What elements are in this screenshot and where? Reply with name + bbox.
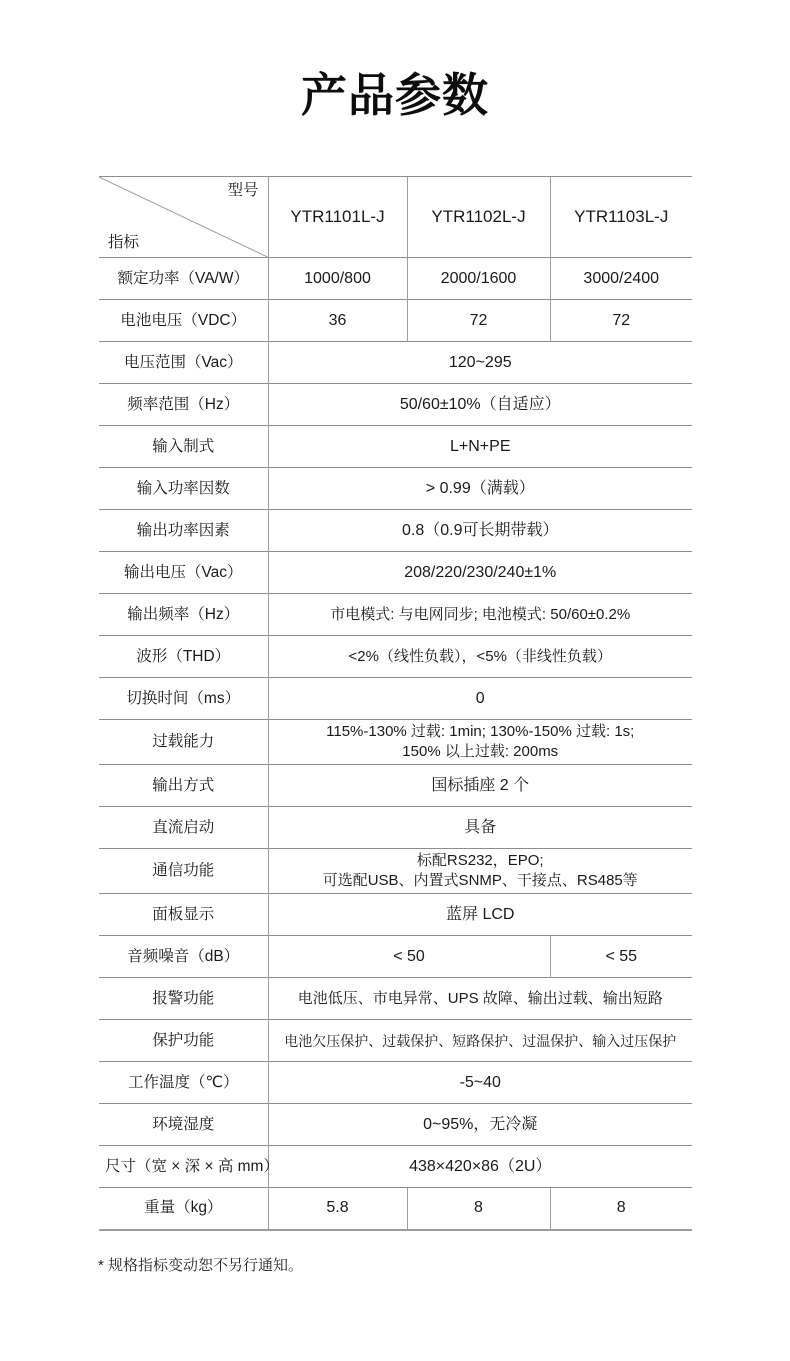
- corner-model-label: 型号: [227, 182, 258, 200]
- table-row: 尺寸（宽 × 深 × 高 mm） 438×420×86（2U）: [99, 1146, 692, 1188]
- table-row: 切换时间（ms） 0: [99, 678, 692, 720]
- table-row: 输出电压（Vac） 208/220/230/240±1%: [99, 552, 692, 594]
- table-row: 输出方式 国标插座 2 个: [99, 765, 692, 807]
- footnote: * 规格指标变动恕不另行通知。: [98, 1254, 790, 1275]
- table-row: 输出频率（Hz） 市电模式: 与电网同步; 电池模式: 50/60±0.2%: [99, 594, 692, 636]
- table-row: 报警功能 电池低压、市电异常、UPS 故障、输出过载、输出短路: [99, 978, 692, 1020]
- table-row: 直流启动 具备: [99, 807, 692, 849]
- cell-value: 1000/800: [268, 258, 407, 300]
- row-label: 额定功率（VA/W）: [99, 258, 268, 300]
- table-row: 通信功能 标配RS232，EPO; 可选配USB、内置式SNMP、干接点、RS4…: [99, 849, 692, 894]
- cell-value: > 0.99（满载）: [268, 468, 692, 510]
- row-label: 报警功能: [99, 978, 268, 1020]
- cell-value: 115%-130% 过载: 1min; 130%-150% 过载: 1s; 15…: [268, 720, 692, 765]
- row-label: 通信功能: [99, 849, 268, 894]
- row-label: 尺寸（宽 × 深 × 高 mm）: [99, 1146, 268, 1188]
- row-label: 面板显示: [99, 894, 268, 936]
- row-label: 输出频率（Hz）: [99, 594, 268, 636]
- spec-table: 型号 指标 YTR1101L-J YTR1102L-J YTR1103L-J 额…: [99, 176, 692, 1231]
- cell-value: 5.8: [268, 1188, 407, 1230]
- cell-value: 蓝屏 LCD: [268, 894, 692, 936]
- cell-value: 标配RS232，EPO; 可选配USB、内置式SNMP、干接点、RS485等: [268, 849, 692, 894]
- row-label: 输出功率因素: [99, 510, 268, 552]
- cell-value: 72: [550, 300, 692, 342]
- table-header-row: 型号 指标 YTR1101L-J YTR1102L-J YTR1103L-J: [99, 177, 692, 258]
- table-row: 额定功率（VA/W） 1000/800 2000/1600 3000/2400: [99, 258, 692, 300]
- table-row: 重量（kg） 5.8 8 8: [99, 1188, 692, 1230]
- cell-value: 8: [407, 1188, 550, 1230]
- table-row: 环境湿度 0~95%，无冷凝: [99, 1104, 692, 1146]
- row-label: 输入制式: [99, 426, 268, 468]
- cell-value: 3000/2400: [550, 258, 692, 300]
- cell-value: 0~95%，无冷凝: [268, 1104, 692, 1146]
- row-label: 频率范围（Hz）: [99, 384, 268, 426]
- model-header: YTR1103L-J: [550, 177, 692, 258]
- cell-value: 具备: [268, 807, 692, 849]
- table-row: 电池电压（VDC） 36 72 72: [99, 300, 692, 342]
- cell-value: 国标插座 2 个: [268, 765, 692, 807]
- cell-value: 市电模式: 与电网同步; 电池模式: 50/60±0.2%: [268, 594, 692, 636]
- row-label: 重量（kg）: [99, 1188, 268, 1230]
- row-label: 输入功率因数: [99, 468, 268, 510]
- table-row: 工作温度（℃） -5~40: [99, 1062, 692, 1104]
- row-label: 工作温度（℃）: [99, 1062, 268, 1104]
- row-label: 直流启动: [99, 807, 268, 849]
- page-title: 产品参数: [0, 0, 790, 122]
- table-row: 输入制式 L+N+PE: [99, 426, 692, 468]
- cell-value: 0.8（0.9可长期带载）: [268, 510, 692, 552]
- cell-value: 72: [407, 300, 550, 342]
- model-header: YTR1101L-J: [268, 177, 407, 258]
- table-row: 保护功能 电池欠压保护、过载保护、短路保护、过温保护、输入过压保护: [99, 1020, 692, 1062]
- row-label: 环境湿度: [99, 1104, 268, 1146]
- corner-indicator-label: 指标: [108, 234, 139, 252]
- row-label: 切换时间（ms）: [99, 678, 268, 720]
- row-label: 过载能力: [99, 720, 268, 765]
- table-row: 输出功率因素 0.8（0.9可长期带载）: [99, 510, 692, 552]
- row-label: 输出方式: [99, 765, 268, 807]
- row-label: 输出电压（Vac）: [99, 552, 268, 594]
- row-label: 电池电压（VDC）: [99, 300, 268, 342]
- table-row: 输入功率因数 > 0.99（满载）: [99, 468, 692, 510]
- table-row: 波形（THD） <2%（线性负载），<5%（非线性负载）: [99, 636, 692, 678]
- table-row: 面板显示 蓝屏 LCD: [99, 894, 692, 936]
- cell-value: 电池欠压保护、过载保护、短路保护、过温保护、输入过压保护: [268, 1020, 692, 1062]
- cell-value: < 50: [268, 936, 550, 978]
- cell-value: < 55: [550, 936, 692, 978]
- cell-value: 120~295: [268, 342, 692, 384]
- row-label: 音频噪音（dB）: [99, 936, 268, 978]
- cell-value: 50/60±10%（自适应）: [268, 384, 692, 426]
- cell-value: 电池低压、市电异常、UPS 故障、输出过载、输出短路: [268, 978, 692, 1020]
- cell-value: <2%（线性负载），<5%（非线性负载）: [268, 636, 692, 678]
- cell-value: L+N+PE: [268, 426, 692, 468]
- table-row: 频率范围（Hz） 50/60±10%（自适应）: [99, 384, 692, 426]
- table-row: 音频噪音（dB） < 50 < 55: [99, 936, 692, 978]
- cell-value: 8: [550, 1188, 692, 1230]
- row-label: 波形（THD）: [99, 636, 268, 678]
- row-label: 保护功能: [99, 1020, 268, 1062]
- corner-cell: 型号 指标: [99, 177, 268, 258]
- cell-value: 0: [268, 678, 692, 720]
- cell-value: 438×420×86（2U）: [268, 1146, 692, 1188]
- table-row: 电压范围（Vac） 120~295: [99, 342, 692, 384]
- table-row: 过载能力 115%-130% 过载: 1min; 130%-150% 过载: 1…: [99, 720, 692, 765]
- row-label: 电压范围（Vac）: [99, 342, 268, 384]
- model-header: YTR1102L-J: [407, 177, 550, 258]
- cell-value: 2000/1600: [407, 258, 550, 300]
- cell-value: 36: [268, 300, 407, 342]
- cell-value: -5~40: [268, 1062, 692, 1104]
- cell-value: 208/220/230/240±1%: [268, 552, 692, 594]
